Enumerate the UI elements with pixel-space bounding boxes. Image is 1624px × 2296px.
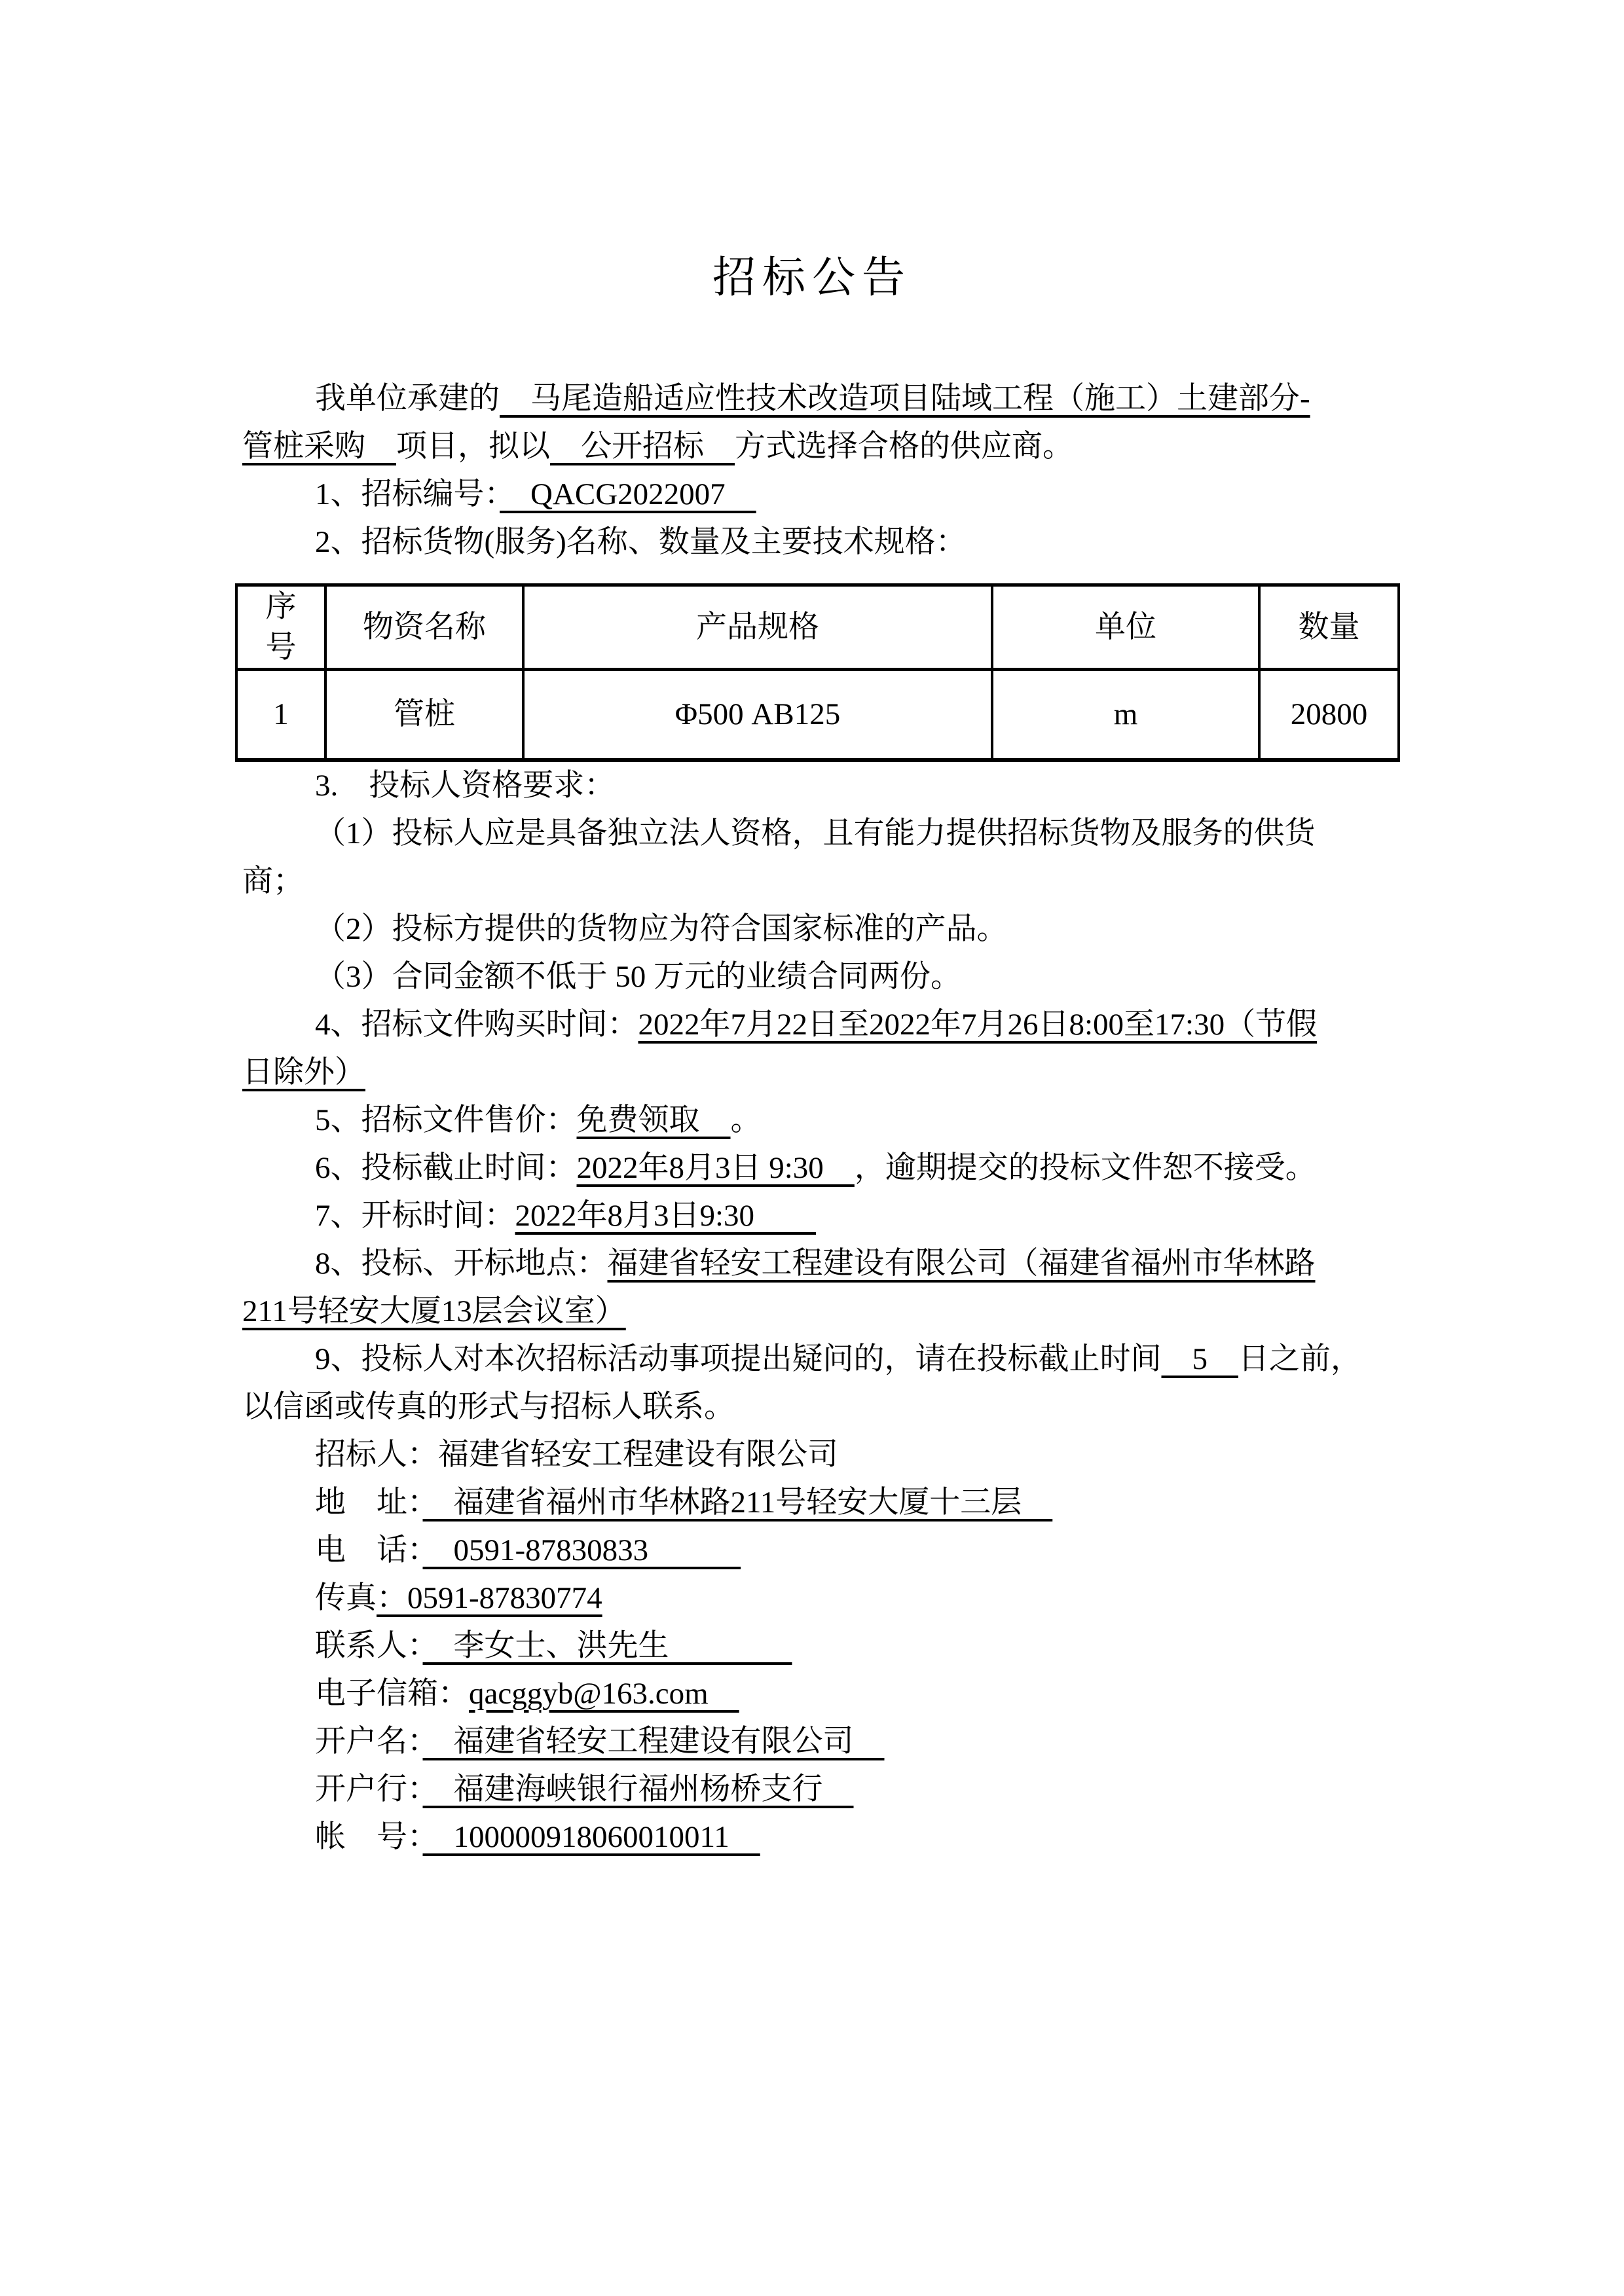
item-4-label: 4、招标文件购买时间： xyxy=(315,1008,638,1042)
item-3-sub-1-line-2: 商； xyxy=(242,858,1382,905)
document-price-value: 免费领取 xyxy=(577,1103,731,1137)
item-2-goods-heading: 2、招标货物(服务)名称、数量及主要技术规格： xyxy=(242,519,1382,566)
item-8-label: 8、投标、开标地点： xyxy=(315,1247,608,1281)
item-4-purchase-time-line-2: 日除外） xyxy=(242,1049,1382,1097)
col-header-seq-no: 序号 xyxy=(236,585,325,670)
item-6-tail: ，逾期提交的投标文件恕不接受。 xyxy=(855,1151,1316,1185)
sub-1-continuation: 商； xyxy=(242,864,304,898)
item-9-continuation: 以信函或传真的形式与招标人联系。 xyxy=(242,1390,735,1424)
email-label: 电子信箱： xyxy=(315,1677,469,1711)
tender-number-value: QACG2022007 xyxy=(500,477,756,511)
item-7-label: 7、开标时间： xyxy=(315,1199,515,1233)
account-number-label: 帐 号： xyxy=(315,1820,423,1854)
sub-3-text: （3）合同金额不低于 50 万元的业绩合同两份。 xyxy=(315,960,961,994)
item-5-document-price: 5、招标文件售价：免费领取 。 xyxy=(242,1097,1382,1144)
item-3-sub-3: （3）合同金额不低于 50 万元的业绩合同两份。 xyxy=(242,953,1382,1001)
item-2-label: 2、招标货物(服务)名称、数量及主要技术规格： xyxy=(315,525,967,559)
phone-label: 电 话： xyxy=(315,1533,423,1567)
opening-time-value: 2022年8月3日9:30 xyxy=(515,1199,817,1233)
inquiry-days-value: 5 xyxy=(1162,1342,1239,1376)
sub-1-text: （1）投标人应是具备独立法人资格，且有能力提供招标货物及服务的供货 xyxy=(315,816,1316,850)
intro-mid: 项目，拟以 xyxy=(396,429,550,464)
address-value: 福建省福州市华林路211号轻安大厦十三层 xyxy=(423,1485,1053,1520)
item-3-label: 3. 投标人资格要求： xyxy=(315,769,615,803)
item-5-label: 5、招标文件售价： xyxy=(315,1103,577,1137)
item-4-purchase-time-line-1: 4、招标文件购买时间：2022年7月22日至2022年7月26日8:00至17:… xyxy=(242,1001,1382,1049)
contact-bank: 开户行： 福建海峡银行福州杨桥支行 xyxy=(242,1766,1382,1813)
item-9-inquiry-line-1: 9、投标人对本次招标活动事项提出疑问的，请在投标截止时间 5 日之前， xyxy=(242,1336,1382,1383)
project-name-part2: 管桩采购 xyxy=(242,429,396,464)
cell-unit: m xyxy=(992,670,1259,760)
item-7-opening-time: 7、开标时间：2022年8月3日9:30 xyxy=(242,1192,1382,1240)
item-3-sub-2: （2）投标方提供的货物应为符合国家标准的产品。 xyxy=(242,905,1382,953)
col-header-product-spec: 产品规格 xyxy=(523,585,992,670)
fax-label: 传真 xyxy=(315,1581,377,1615)
col-header-quantity: 数量 xyxy=(1259,585,1399,670)
item-8-opening-place-line-2: 211号轻安大厦13层会议室） xyxy=(242,1288,1382,1336)
purchase-time-continuation: 日除外） xyxy=(242,1055,365,1089)
cell-material-name: 管桩 xyxy=(325,670,523,760)
bank-label: 开户行： xyxy=(315,1772,423,1806)
person-value: 李女士、洪先生 xyxy=(423,1629,792,1663)
email-value: qacggyb@163.com xyxy=(469,1677,739,1711)
contact-email: 电子信箱：qacggyb@163.com xyxy=(242,1670,1382,1718)
intro-tail: 方式选择合格的供应商。 xyxy=(735,429,1073,464)
intro-line-1: 我单位承建的 马尾造船适应性技术改造项目陆域工程（施工）土建部分- xyxy=(242,375,1382,423)
cell-seq-no: 1 xyxy=(236,670,325,760)
contact-phone: 电 话： 0591-87830833 xyxy=(242,1527,1382,1575)
item-9-inquiry-line-2: 以信函或传真的形式与招标人联系。 xyxy=(242,1383,1382,1431)
project-name-part1: 马尾造船适应性技术改造项目陆域工程（施工）土建部分- xyxy=(500,382,1310,416)
contact-fax: 传真：0591-87830774 xyxy=(242,1575,1382,1622)
contact-tenderer: 招标人：福建省轻安工程建设有限公司 xyxy=(242,1431,1382,1479)
goods-table-row: 1 管桩 Φ500 AB125 m 20800 xyxy=(236,670,1399,760)
bank-value: 福建海峡银行福州杨桥支行 xyxy=(423,1772,854,1806)
document-content: 招标公告 我单位承建的 马尾造船适应性技术改造项目陆域工程（施工）土建部分- 管… xyxy=(242,0,1382,1861)
item-6-label: 6、投标截止时间： xyxy=(315,1151,577,1185)
person-label: 联系人： xyxy=(315,1629,423,1663)
cell-product-spec: Φ500 AB125 xyxy=(523,670,992,760)
page-title: 招标公告 xyxy=(242,251,1382,306)
tenderer-value: 福建省轻安工程建设有限公司 xyxy=(438,1438,838,1472)
opening-place-continuation: 211号轻安大厦13层会议室） xyxy=(242,1294,626,1328)
item-8-opening-place-line-1: 8、投标、开标地点：福建省轻安工程建设有限公司（福建省福州市华林路 xyxy=(242,1240,1382,1288)
item-6-bid-deadline: 6、投标截止时间：2022年8月3日 9:30 ，逾期提交的投标文件恕不接受。 xyxy=(242,1144,1382,1192)
cell-quantity: 20800 xyxy=(1259,670,1399,760)
col-header-unit: 单位 xyxy=(992,585,1259,670)
contact-account-name: 开户名： 福建省轻安工程建设有限公司 xyxy=(242,1718,1382,1766)
account-name-label: 开户名： xyxy=(315,1724,423,1758)
tender-method: 公开招标 xyxy=(550,429,735,464)
purchase-time-value: 2022年7月22日至2022年7月26日8:00至17:30（节假 xyxy=(638,1008,1318,1042)
phone-value: 0591-87830833 xyxy=(423,1533,741,1567)
opening-place-value: 福建省轻安工程建设有限公司（福建省福州市华林路 xyxy=(608,1247,1316,1281)
intro-paragraph: 我单位承建的 马尾造船适应性技术改造项目陆域工程（施工）土建部分- 管桩采购 项… xyxy=(242,375,1382,471)
item-5-tail: 。 xyxy=(731,1103,762,1137)
item-3-sub-1-line-1: （1）投标人应是具备独立法人资格，且有能力提供招标货物及服务的供货 xyxy=(242,810,1382,858)
item-3-qualification-heading: 3. 投标人资格要求： xyxy=(242,762,1382,810)
address-label: 地 址： xyxy=(315,1485,423,1520)
contact-account-number: 帐 号： 100000918060010011 xyxy=(242,1813,1382,1861)
item-9-after-days: 日之前， xyxy=(1238,1342,1361,1376)
contact-person: 联系人： 李女士、洪先生 xyxy=(242,1622,1382,1670)
col-header-material-name: 物资名称 xyxy=(325,585,523,670)
document-page: 招标公告 我单位承建的 马尾造船适应性技术改造项目陆域工程（施工）土建部分- 管… xyxy=(0,0,1624,2296)
contact-address: 地 址： 福建省福州市华林路211号轻安大厦十三层 xyxy=(242,1479,1382,1527)
goods-table: 序号 物资名称 产品规格 单位 数量 1 管桩 Φ500 AB125 m 208… xyxy=(235,583,1400,762)
item-9-lead: 9、投标人对本次招标活动事项提出疑问的，请在投标截止时间 xyxy=(315,1342,1162,1376)
item-1-tender-number: 1、招标编号： QACG2022007 xyxy=(242,471,1382,519)
intro-lead: 我单位承建的 xyxy=(315,382,500,416)
intro-line-2: 管桩采购 项目，拟以 公开招标 方式选择合格的供应商。 xyxy=(242,423,1382,471)
goods-table-header-row: 序号 物资名称 产品规格 单位 数量 xyxy=(236,585,1399,670)
bid-deadline-value: 2022年8月3日 9:30 xyxy=(577,1151,855,1185)
fax-value: ：0591-87830774 xyxy=(377,1581,602,1615)
item-1-label: 1、招标编号： xyxy=(315,477,500,511)
account-number-value: 100000918060010011 xyxy=(423,1820,760,1854)
sub-2-text: （2）投标方提供的货物应为符合国家标准的产品。 xyxy=(315,912,1008,946)
account-name-value: 福建省轻安工程建设有限公司 xyxy=(423,1724,885,1758)
tenderer-label: 招标人： xyxy=(315,1438,438,1472)
